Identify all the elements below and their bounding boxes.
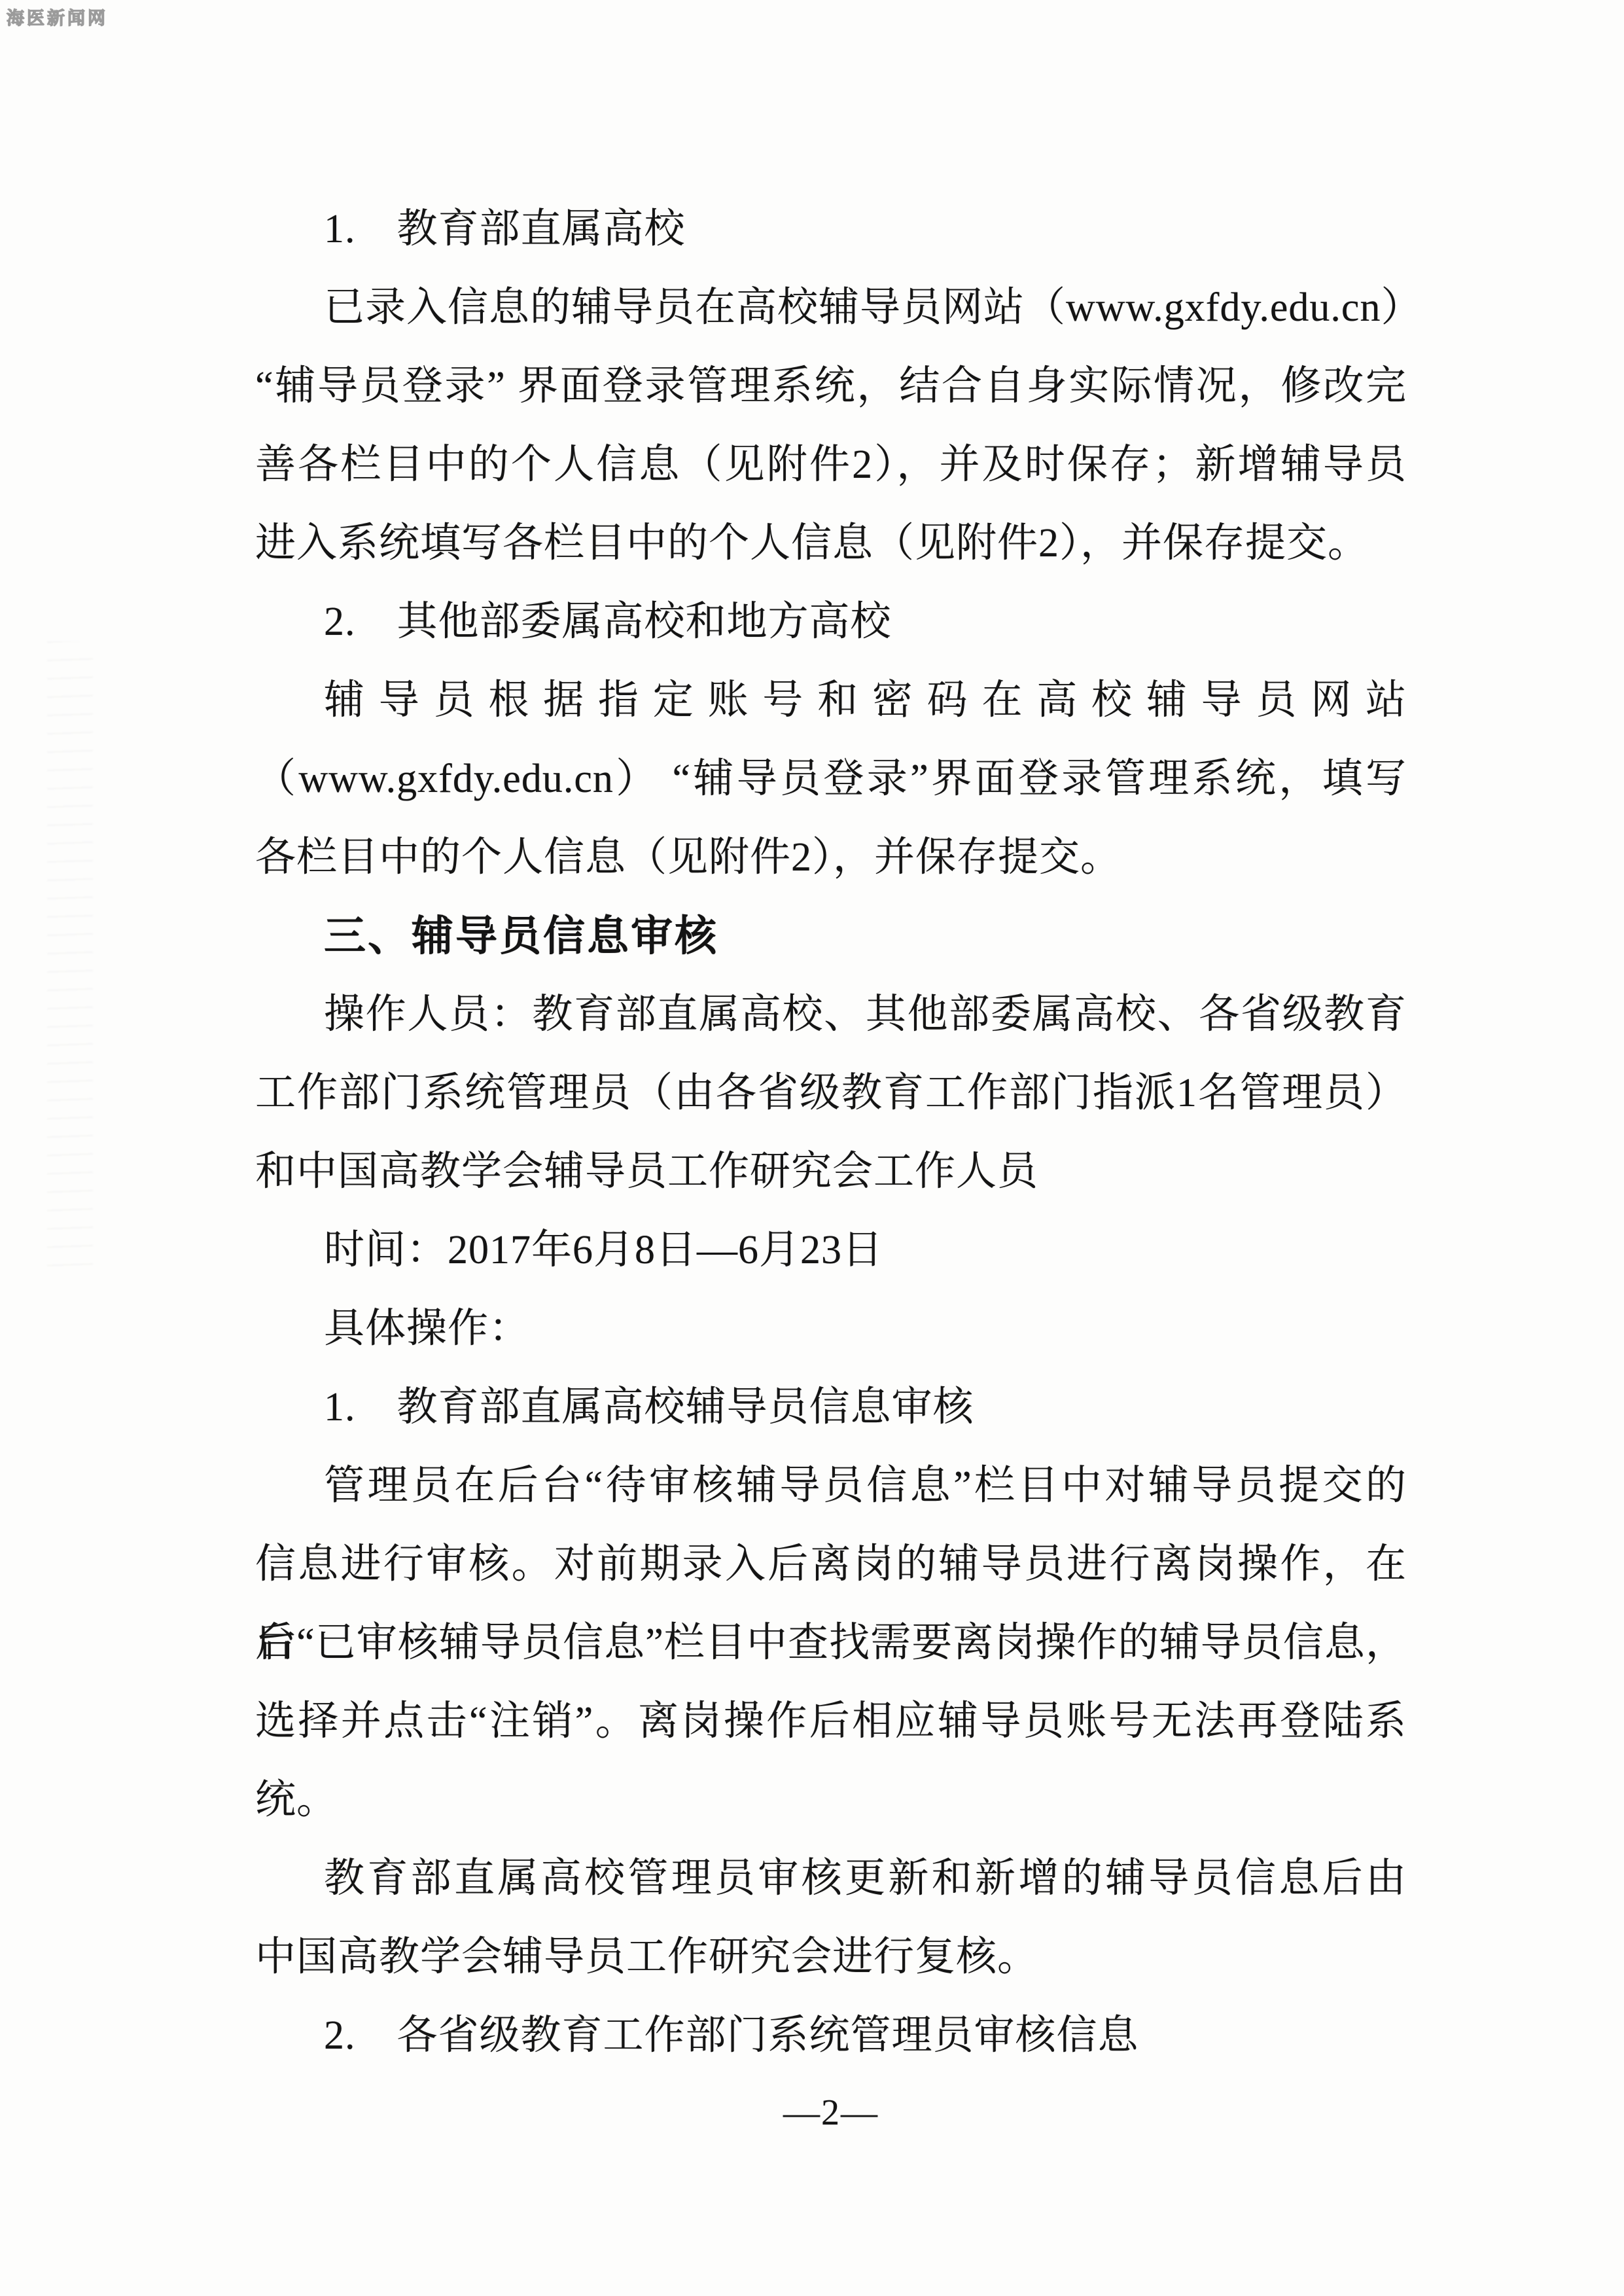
paragraph-line: “辅导员登录” 界面登录管理系统，结合自身实际情况，修改完 [255,347,1407,425]
paragraph-line: 进入系统填写各栏目中的个人信息（见附件2），并保存提交。 [255,504,1407,583]
paragraph-line: 操作人员：教育部直属高校、其他部委属高校、各省级教育 [255,975,1407,1054]
paragraph-line: 教育部直属高校管理员审核更新和新增的辅导员信息后由 [255,1839,1407,1918]
paragraph-line: 各栏目中的个人信息（见附件2），并保存提交。 [255,818,1407,897]
list-heading-edu-direct: 1. 教育部直属高校 [255,190,1407,268]
paragraph-line: 和中国高教学会辅导员工作研究会工作人员 [255,1132,1407,1211]
section-heading-info-review: 三、辅导员信息审核 [255,897,1407,975]
paragraph-line: 选择并点击“注销”。离岗操作后相应辅导员账号无法再登陆系 [255,1682,1407,1761]
paragraph-line: 管理员在后台“待审核辅导员信息”栏目中对辅导员提交的 [255,1446,1407,1525]
paragraph-line: 中国高教学会辅导员工作研究会进行复核。 [255,1918,1407,1996]
time-range-line: 时间：2017年6月8日—6月23日 [255,1211,1407,1289]
paragraph-line: 善各栏目中的个人信息（见附件2），并及时保存；新增辅导员 [255,425,1407,504]
list-heading-province-review: 2. 各省级教育工作部门系统管理员审核信息 [255,1996,1407,2075]
paragraph-line: 辅导员根据指定账号和密码在高校辅导员网站 [255,661,1407,740]
document-body: 1. 教育部直属高校 已录入信息的辅导员在高校辅导员网站（www.gxfdy.e… [255,190,1407,2075]
list-heading-edu-review: 1. 教育部直属高校辅导员信息审核 [255,1368,1407,1446]
site-watermark: 海医新闻网 [7,4,108,29]
paragraph-line: 已录入信息的辅导员在高校辅导员网站（www.gxfdy.edu.cn） [255,268,1407,347]
paragraph-line: 工作部门系统管理员（由各省级教育工作部门指派1名管理员） [255,1054,1407,1132]
paragraph-line: 台“已审核辅导员信息”栏目中查找需要离岗操作的辅导员信息， [255,1604,1407,1682]
scanned-document-page: 海医新闻网 1. 教育部直属高校 已录入信息的辅导员在高校辅导员网站（www.g… [0,0,1624,2296]
paragraph-line: 统。 [255,1761,1407,1839]
scan-artifact [47,641,93,1270]
paragraph-line: 信息进行审核。对前期录入后离岗的辅导员进行离岗操作，在后 [255,1525,1407,1604]
list-heading-other-colleges: 2. 其他部委属高校和地方高校 [255,583,1407,661]
paragraph-line: 具体操作： [255,1289,1407,1368]
page-number: —2— [255,2073,1407,2152]
paragraph-line: （www.gxfdy.edu.cn） “辅导员登录”界面登录管理系统，填写 [255,740,1407,818]
